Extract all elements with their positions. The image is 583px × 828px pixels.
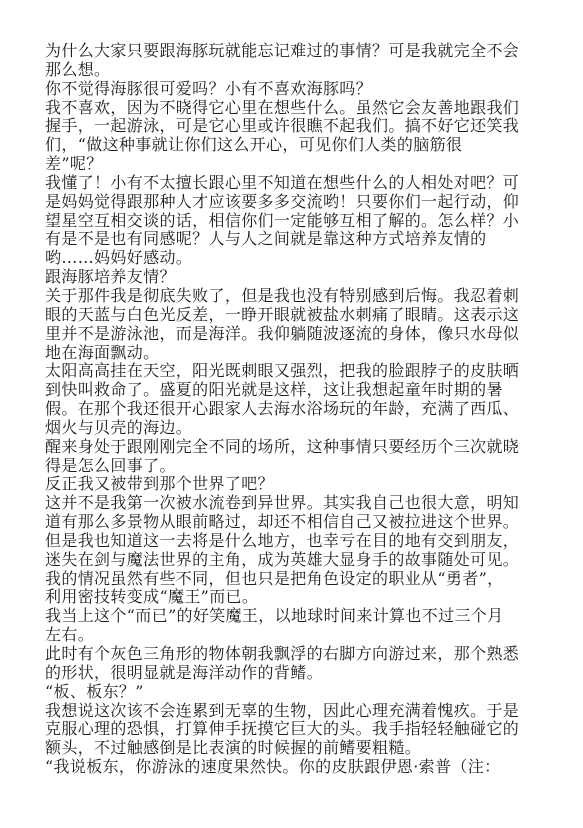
text-line: 得是怎么回事了。 [45,457,545,476]
text-line: 利用密技转变成“魔王”而已。 [45,588,545,607]
text-line: “我说板东，你游泳的速度果然快。你的皮肤跟伊恩·索普（注： [45,758,545,777]
text-line: 醒来身处于跟刚刚完全不同的场所，这种事情只要经历个三次就晓 [45,438,545,457]
text-line: 假。在那个我还很开心跟家人去海水浴场玩的年龄，充满了西瓜、 [45,400,545,419]
text-line: 我懂了！小有不太擅长跟心里不知道在想些什么的人相处对吧？可 [45,174,545,193]
text-line: 此时有个灰色三角形的物体朝我飘浮的右脚方向游过来，那个熟悉 [45,645,545,664]
text-line: 你不觉得海豚很可爱吗？小有不喜欢海豚吗？ [45,80,545,99]
text-line: 握手，一起游泳，可是它心里或许很瞧不起我们。搞不好它还笑我 [45,117,545,136]
text-line: “板、板东？” [45,683,545,702]
text-line: 我不喜欢，因为不晓得它心里在想些什么。虽然它会友善地跟我们 [45,99,545,118]
text-line: 克服心理的恐惧，打算伸手抚摸它巨大的头。我手指轻轻触碰它的 [45,720,545,739]
text-line: 太阳高高挂在天空，阳光既刺眼又强烈，把我的脸跟脖子的皮肤晒 [45,362,545,381]
text-line: 我想说这次该不会连累到无辜的生物，因此心理充满着愧疚。于是 [45,702,545,721]
text-line: 反正我又被带到那个世界了吧？ [45,475,545,494]
text-line: 望星空互相交谈的话，相信你们一定能够互相了解的。怎么样？小 [45,212,545,231]
body-text: 为什么大家只要跟海豚玩就能忘记难过的事情？可是我就完全不会那么想。你不觉得海豚很… [45,42,545,777]
text-line: 我的情况虽然有些不同，但也只是把角色设定的职业从“勇者”， [45,570,545,589]
text-line: 有是不是也有同感呢？人与人之间就是靠这种方式培养友情的 [45,230,545,249]
text-line: 差”呢？ [45,155,545,174]
text-line: 左右。 [45,626,545,645]
text-line: 地在海面飘动。 [45,344,545,363]
text-line: 为什么大家只要跟海豚玩就能忘记难过的事情？可是我就完全不会 [45,42,545,61]
text-line: 烟火与贝壳的海边。 [45,419,545,438]
text-line: 的形状，很明显就是海洋动作的背鳍。 [45,664,545,683]
text-line: 是妈妈觉得跟那种人才应该要多多交流哟！只要你们一起行动，仰 [45,193,545,212]
text-line: 我当上这个“而已”的好笑魔王，以地球时间来计算也不过三个月 [45,607,545,626]
text-line: 哟……妈妈好感动。 [45,249,545,268]
text-line: 但是我也知道这一去将是什么地方，也幸亏在目的地有交到朋友， [45,532,545,551]
text-line: 关于那件我是彻底失败了，但是我也没有特别感到后悔。我忍着刺 [45,287,545,306]
text-line: 那么想。 [45,61,545,80]
text-line: 迷失在剑与魔法世界的主角，成为英雄大显身手的故事随处可见。 [45,551,545,570]
text-line: 里并不是游泳池，而是海洋。我仰躺随波逐流的身体，像只水母似 [45,325,545,344]
text-line: 们，“做这种事就让你们这么开心，可见你们人类的脑筋很 [45,136,545,155]
scanned-book-page: 为什么大家只要跟海豚玩就能忘记难过的事情？可是我就完全不会那么想。你不觉得海豚很… [0,0,583,828]
text-line: 额头，不过触感倒是比表演的时候握的前鳍要粗糙。 [45,739,545,758]
text-line: 这并不是我第一次被水流卷到异世界。其实我自己也很大意，明知 [45,494,545,513]
text-line: 眼的天蓝与白色光反差，一睁开眼就被盐水刺痛了眼睛。这表示这 [45,306,545,325]
text-line: 到快叫救命了。盛夏的阳光就是这样，这让我想起童年时期的暑 [45,381,545,400]
text-line: 跟海豚培养友情？ [45,268,545,287]
text-line: 道有那么多景物从眼前略过，却还不相信自己又被拉进这个世界。 [45,513,545,532]
